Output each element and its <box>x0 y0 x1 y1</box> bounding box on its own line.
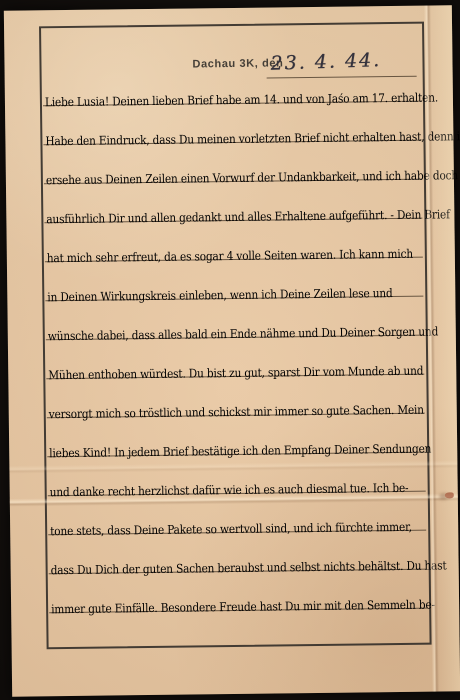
letter-line: in Deinen Wirkungskreis einleben, wenn i… <box>45 263 423 302</box>
letter-line: Habe den Eindruck, dass Du meinen vorlet… <box>43 107 421 146</box>
letter-body: Liebe Lusia! Deinen lieben Brief habe am… <box>4 5 452 10</box>
letter-line: ersehe aus Deinen Zeilen einen Vorwurf d… <box>44 146 422 185</box>
letter-line: ausführlich Dir und allen gedankt und al… <box>44 185 422 224</box>
letter-line: wünsche dabei, dass alles bald ein Ende … <box>45 302 423 341</box>
letter-page: Dachau 3K, den 23. 4. 44. Liebe Lusia! D… <box>4 5 460 696</box>
letter-line: versorgt mich so tröstlich und schickst … <box>46 380 424 419</box>
letter-line: Mühen enthoben würdest. Du bist zu gut, … <box>46 341 424 380</box>
letter-line: hat mich sehr erfreut, da es sogar 4 vol… <box>44 224 422 263</box>
photo-background: Dachau 3K, den 23. 4. 44. Liebe Lusia! D… <box>0 0 460 700</box>
edge-tear-mark <box>445 492 454 498</box>
letter-line: dass Du Dich der guten Sachen beraubst u… <box>48 536 426 575</box>
letter-line: immer gute Einfälle. Besondere Freude ha… <box>49 575 427 614</box>
letter-line: Liebe Lusia! Deinen lieben Brief habe am… <box>43 68 421 107</box>
letter-line: liebes Kind! In jedem Brief bestätige ic… <box>47 419 425 458</box>
